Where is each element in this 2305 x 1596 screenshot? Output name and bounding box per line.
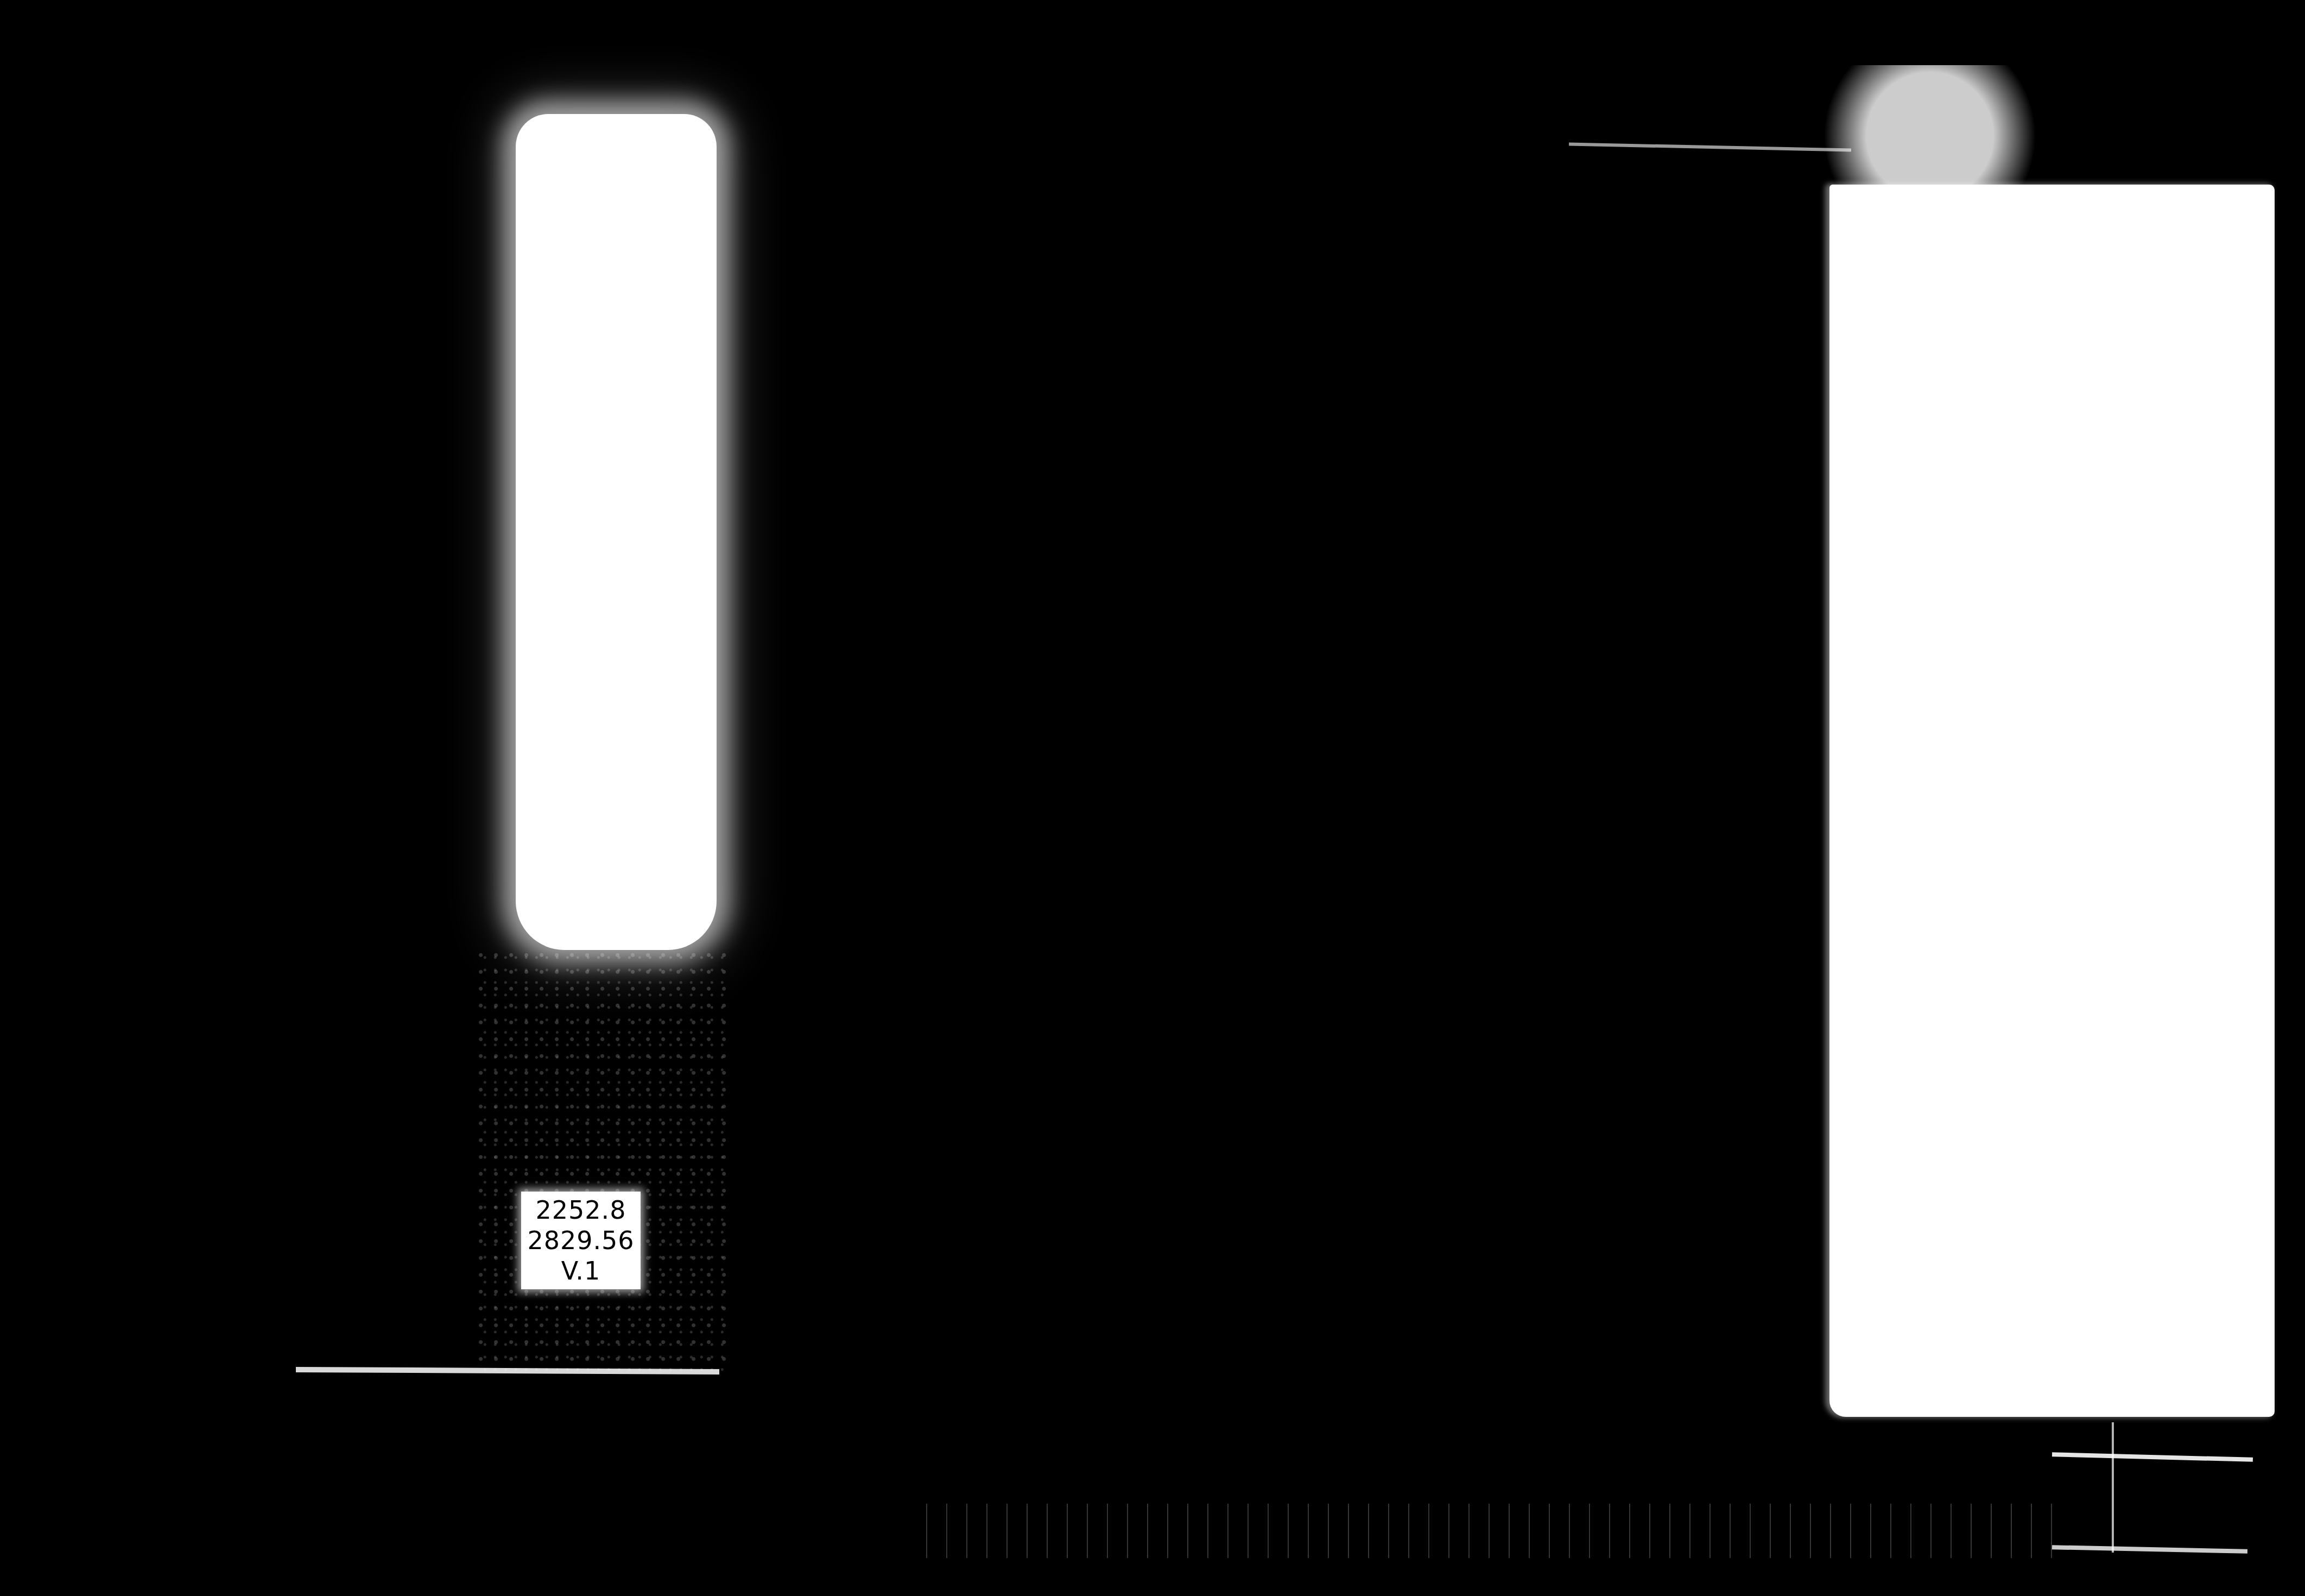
shelf-call-number-label: 2252.8 2829.56 V.1 <box>521 1192 641 1289</box>
scanned-book-scene: 2252.8 2829.56 V.1 <box>0 0 2305 1596</box>
bottom-scan-noise <box>923 1504 2063 1558</box>
cover-white-page <box>1829 185 2275 1417</box>
cover-corner-edge <box>2112 1422 2114 1553</box>
cover-bottom-edge-lower <box>2052 1545 2247 1554</box>
volume-number: V.1 <box>561 1256 600 1286</box>
call-number-line-2: 2829.56 <box>527 1225 634 1256</box>
spine-speckle-texture <box>478 950 727 1373</box>
call-number-line-1: 2252.8 <box>536 1195 626 1225</box>
cover-bottom-edge <box>2052 1452 2253 1462</box>
spine-light-patch <box>516 114 717 950</box>
